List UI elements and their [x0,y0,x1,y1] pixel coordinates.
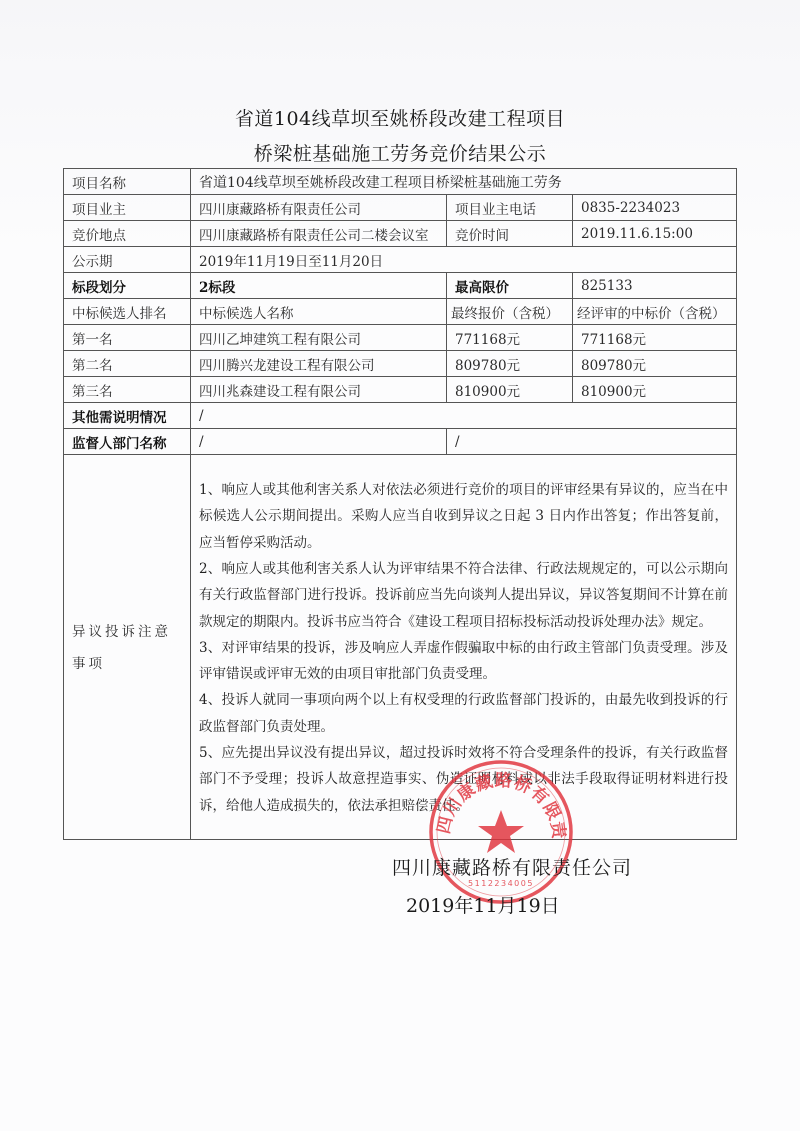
candidate-reviewed-price: 810900元 [573,377,737,403]
section-label: 标段划分 [64,273,191,299]
row-owner: 项目业主 四川康藏路桥有限责任公司 项目业主电话 0835-2234023 [64,195,737,221]
project-name-label: 项目名称 [64,169,191,195]
publicity-period-value: 2019年11月19日至11月20日 [191,247,737,273]
document-title-line1: 省道104线草坝至姚桥段改建工程项目 [0,104,800,131]
candidate-rank: 第一名 [64,325,191,351]
row-other-notes: 其他需说明情况 / [64,403,737,429]
signature-date: 2019年11月19日 [406,891,560,918]
other-notes-label: 其他需说明情况 [64,403,191,429]
header-final-quote: 最终报价（含税） [447,299,573,325]
supervisor-value-2: / [447,429,737,455]
candidate-final-quote: 809780元 [447,351,573,377]
objection-content: 1、响应人或其他利害关系人对依法必须进行竞价的项目的评审经果有异议的，应当在中标… [191,455,737,840]
candidate-name: 四川乙坤建筑工程有限公司 [191,325,447,351]
objection-item: 2、响应人或其他利害关系人认为评审结果不符合法律、行政法规规定的，可以公示期向有… [199,556,728,635]
row-project-name: 项目名称 省道104线草坝至姚桥段改建工程项目桥梁桩基础施工劳务 [64,169,737,195]
candidate-row: 第二名 四川腾兴龙建设工程有限公司 809780元 809780元 [64,351,737,377]
signature-company: 四川康藏路桥有限责任公司 [392,853,632,880]
bid-time-value: 2019.11.6.15:00 [573,221,737,247]
owner-value: 四川康藏路桥有限责任公司 [191,195,447,221]
project-name-value: 省道104线草坝至姚桥段改建工程项目桥梁桩基础施工劳务 [191,169,737,195]
candidate-rank: 第二名 [64,351,191,377]
objection-item: 4、投诉人就同一事项向两个以上有权受理的行政监督部门投诉的，由最先收到投诉的行政… [199,687,728,740]
publicity-period-label: 公示期 [64,247,191,273]
candidate-rank: 第三名 [64,377,191,403]
row-bid-location: 竞价地点 四川康藏路桥有限责任公司二楼会议室 竞价时间 2019.11.6.15… [64,221,737,247]
bid-result-table: 项目名称 省道104线草坝至姚桥段改建工程项目桥梁桩基础施工劳务 项目业主 四川… [63,168,737,840]
bid-location-label: 竞价地点 [64,221,191,247]
max-price-value: 825133 [573,273,737,299]
candidate-row: 第三名 四川兆森建设工程有限公司 810900元 810900元 [64,377,737,403]
objection-label: 异议投诉注意事项 [64,455,191,840]
objection-item: 5、应先提出异议没有提出异议，超过投诉时效将不符合受理条件的投诉，有关行政监督部… [199,740,728,819]
candidate-final-quote: 771168元 [447,325,573,351]
row-publicity-period: 公示期 2019年11月19日至11月20日 [64,247,737,273]
objection-item: 1、响应人或其他利害关系人对依法必须进行竞价的项目的评审经果有异议的，应当在中标… [199,477,728,556]
section-value: 2标段 [191,273,447,299]
candidate-name: 四川腾兴龙建设工程有限公司 [191,351,447,377]
objection-item: 3、对评审结果的投诉，涉及响应人弄虚作假骗取中标的由行政主管部门负责受理。涉及评… [199,635,728,688]
bid-time-label: 竞价时间 [447,221,573,247]
candidate-reviewed-price: 771168元 [573,325,737,351]
owner-phone-label: 项目业主电话 [447,195,573,221]
row-objection: 异议投诉注意事项 1、响应人或其他利害关系人对依法必须进行竞价的项目的评审经果有… [64,455,737,840]
header-name: 中标候选人名称 [191,299,447,325]
row-section: 标段划分 2标段 最高限价 825133 [64,273,737,299]
row-candidate-header: 中标候选人排名 中标候选人名称 最终报价（含税） 经评审的中标价（含税） [64,299,737,325]
header-rank: 中标候选人排名 [64,299,191,325]
other-notes-value: / [191,403,737,429]
supervisor-value-1: / [191,429,447,455]
candidate-reviewed-price: 809780元 [573,351,737,377]
header-reviewed-price: 经评审的中标价（含税） [573,299,737,325]
candidate-name: 四川兆森建设工程有限公司 [191,377,447,403]
supervisor-label: 监督人部门名称 [64,429,191,455]
document-title-line2: 桥梁桩基础施工劳务竞价结果公示 [0,139,800,166]
owner-phone-value: 0835-2234023 [573,195,737,221]
candidate-final-quote: 810900元 [447,377,573,403]
candidate-row: 第一名 四川乙坤建筑工程有限公司 771168元 771168元 [64,325,737,351]
bid-location-value: 四川康藏路桥有限责任公司二楼会议室 [191,221,447,247]
row-supervisor: 监督人部门名称 / / [64,429,737,455]
max-price-label: 最高限价 [447,273,573,299]
owner-label: 项目业主 [64,195,191,221]
